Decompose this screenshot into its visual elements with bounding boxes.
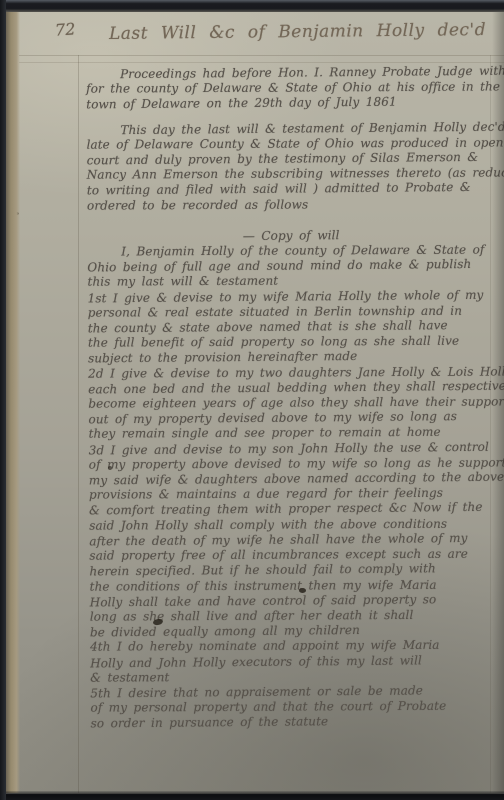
page-right-edge <box>492 10 504 793</box>
section-probate-record: This day the last will & testament of Be… <box>86 120 495 214</box>
page-gutter-edge <box>6 11 20 793</box>
section-copy-of-will: — Copy of willI, Benjamin Holly of the c… <box>87 227 498 732</box>
ink-speck <box>108 466 112 470</box>
manuscript-line: town of Delaware on the 29th day of July… <box>86 94 494 113</box>
page-number: 72 <box>54 19 76 39</box>
section-proceedings: Proceedings had before Hon. I. Ranney Pr… <box>86 64 494 112</box>
scan-edge-bottom <box>0 791 504 800</box>
book-binding-edge <box>0 0 6 800</box>
ledger-paper: 72 Last Will &c of Benjamin Holly dec'd … <box>5 9 504 794</box>
manuscript-line: ordered to be recorded as follows <box>87 196 495 213</box>
scan-edge-top <box>0 0 504 12</box>
scanned-will-record-page: 72 Last Will &c of Benjamin Holly dec'd … <box>0 0 504 800</box>
manuscript-line: so order in pursuance of the statute <box>91 713 499 732</box>
page-title: Last Will &c of Benjamin Holly dec'd <box>109 20 486 44</box>
ink-blot <box>299 588 306 593</box>
manuscript-body: Proceedings had before Hon. I. Ranney Pr… <box>86 64 499 731</box>
